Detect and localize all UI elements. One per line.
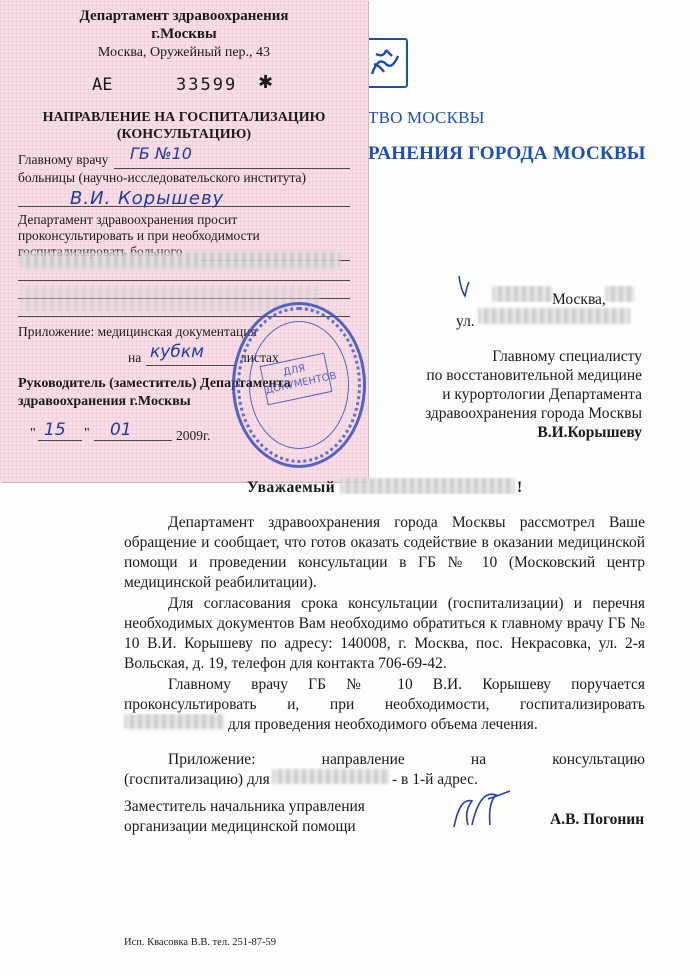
executor-info: Исп. Квасовка В.В. тел. 251-87-59 [124, 937, 276, 948]
slip-number: 33599 [176, 75, 237, 95]
paragraph-2: Для согласования срока консультации (гос… [168, 594, 645, 614]
slip-department: Департамент здравоохранения [0, 8, 368, 25]
paragraph-3: Главному врачу ГБ № 10 В.И. Корышеву пор… [168, 675, 645, 695]
asterisk-icon: ✱ [258, 72, 273, 93]
official-stamp: ДЛЯ ДОКУМЕНТОВ [232, 302, 366, 468]
slip-title: НАПРАВЛЕНИЕ НА ГОСПИТАЛИЗАЦИЮ [0, 110, 368, 126]
handwritten-hospital: ГБ №10 [130, 144, 192, 163]
date-month: 01 [110, 420, 132, 440]
paragraph-3-line-3: для проведения необходимого объема лечен… [228, 715, 538, 735]
letterhead-government: ТВО МОСКВЫ [368, 108, 485, 128]
city-label: Москва, [552, 290, 606, 310]
redacted-date [492, 286, 552, 302]
signature-icon [448, 787, 518, 837]
handwritten-doctor-name: В.И. Корышеву [70, 188, 224, 209]
redacted-city-extra [605, 286, 635, 302]
redacted-street [478, 308, 630, 324]
request-text: Департамент здравоохранения просит [18, 212, 237, 228]
addressee-line-4: здравоохранения города Москвы [425, 404, 642, 424]
handwritten-sheets: кубкм [150, 342, 204, 362]
hospital-label: больницы (научно-исследовательского инст… [18, 170, 306, 186]
paragraph-2-line-3: 10 В.И. Корышеву по адресу: 140008, г. М… [124, 634, 645, 654]
redacted-recipient-name [340, 478, 515, 494]
sheets-prefix: на [128, 350, 141, 366]
checkmark-icon [455, 272, 485, 302]
date-year: 2009г. [176, 428, 210, 444]
greeting-end: ! [517, 478, 522, 498]
signer-name: А.В. Погонин [550, 810, 644, 830]
date-day: 15 [44, 420, 66, 440]
slip-series: АЕ [92, 75, 112, 95]
redacted-patient-name [20, 252, 340, 268]
greeting: Уважаемый [247, 478, 335, 498]
paragraph-3-line-2: проконсультировать и, при необходимости,… [124, 695, 645, 715]
attachment-label: Приложение: медицинская документация [18, 324, 257, 340]
paragraph-1-line-2: обращение и сообщает, что готов оказать … [124, 533, 645, 553]
slip-address: Москва, Оружейный пер., 43 [0, 45, 368, 61]
paragraph-2-line-4: Вольская, д. 19, телефон для контакта 70… [124, 654, 447, 674]
paragraph-1: Департамент здравоохранения города Москв… [168, 513, 645, 533]
paragraph-2-line-2: необходимых документов Вам необходимо об… [124, 614, 645, 634]
coat-of-arms-icon [362, 38, 408, 88]
redacted-patient-name-2 [124, 714, 224, 729]
attachment-line-1: Приложение: направление на консультацию [168, 750, 645, 770]
slip-title-sub: (КОНСУЛЬТАЦИЮ) [0, 127, 368, 143]
chief-doctor-label: Главному врачу [18, 152, 108, 168]
paragraph-1-line-3: помощи и проведении консультации в ГБ № … [124, 553, 645, 573]
street-label: ул. [456, 312, 475, 332]
letterhead-department: РАНЕНИЯ ГОРОДА МОСКВЫ [368, 143, 646, 165]
addressee-line-3: и курортологии Департамента [442, 385, 642, 405]
signer-title: Заместитель начальника управления [124, 797, 365, 817]
addressee-line-2: по восстановительной медицине [426, 366, 642, 386]
attachment-line-2: (госпитализацию) для [124, 770, 270, 790]
addressee-name: В.И.Корышеву [537, 423, 642, 443]
signer-title-2: организации медицинской помощи [124, 817, 356, 837]
request-text-2: проконсультировать и при необходимости [18, 228, 260, 244]
redacted-patient-name-3 [272, 769, 390, 784]
addressee-line-1: Главному специалисту [492, 347, 642, 367]
paragraph-1-line-4: медицинской реабилитации). [124, 573, 317, 593]
slip-city: г.Москвы [0, 26, 368, 43]
head-title-2: здравоохранения г.Москвы [18, 394, 191, 410]
